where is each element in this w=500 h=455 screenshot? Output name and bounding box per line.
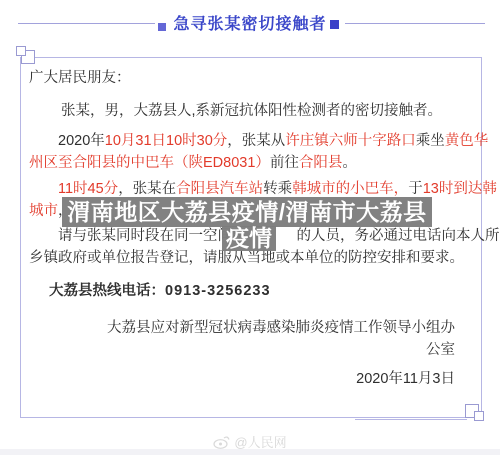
highlight-segment: 10月31日10时30分 (105, 133, 228, 149)
text-segment: 于 (408, 181, 423, 197)
highlight-segment: 韩城市的小巴车， (292, 181, 408, 197)
bottom-right-accent-line (355, 419, 467, 420)
text-segment: 请与张某同时段在同一空间出 (58, 228, 247, 244)
instruction-line-1: 请与张某同时段在同一空间出的人员，务必通过电话向本人所在地 (58, 228, 500, 244)
intro-line: 张某，男，大荔县人,系新冠抗体阳性检测者的密切接触者。 (61, 103, 442, 119)
highlight-segment: 13时到达韩 (423, 181, 497, 197)
notice-date: 2020年11月3日 (356, 367, 455, 388)
text-segment: 2020年 (58, 133, 105, 149)
watermark-title-line2: 疫情 (222, 226, 276, 251)
header-square-right (330, 20, 339, 29)
text-segment: 。 (342, 155, 357, 171)
notice-page: 急寻张某密切接触者 广大居民朋友： 张某，男，大荔县人,系新冠抗体阳性检测者的密… (0, 0, 500, 455)
hotline-label: 大荔县热线电话： (49, 283, 165, 299)
trip-line-2: 州区至合阳县的中巴车（陕ED8031）前往合阳县。 (29, 155, 357, 171)
signature: 大荔县应对新型冠状病毒感染肺炎疫情工作领导小组办公室 (103, 317, 455, 361)
watermark-title-line1: 渭南地区大荔县疫情/渭南市大荔县 (62, 197, 432, 227)
corner-ornament-top-left-small (16, 46, 26, 56)
text-segment: ，张某从 (227, 133, 285, 149)
hotline-line: 大荔县热线电话：0913-3256233 (49, 283, 271, 299)
highlight-segment: 城市 (29, 203, 58, 219)
instruction-line-2: 乡镇政府或单位报告登记，请服从当地或本单位的防控安排和要求。 (29, 250, 464, 266)
highlight-segment: 11时45分 (58, 181, 118, 197)
text-segment: 转乘 (263, 181, 292, 197)
text-segment: 前往 (270, 155, 299, 171)
highlight-segment: 合阳县 (299, 155, 343, 171)
hotline-number: 0913-3256233 (165, 283, 271, 299)
trip-line-3: 11时45分，张某在合阳县汽车站转乘韩城市的小巴车，于13时到达韩 (58, 181, 497, 197)
text-segment: 的人员，务必通过电话向本人所在地 (297, 228, 500, 244)
text-segment: 乘坐 (416, 133, 445, 149)
highlight-segment: 州区至合阳县的中巴车（陕ED8031） (29, 155, 270, 171)
corner-ornament-bottom-right-small (474, 411, 484, 421)
salutation: 广大居民朋友： (29, 70, 131, 86)
text-segment: ，张某在 (118, 181, 176, 197)
highlight-segment: 合阳县汽车站 (176, 181, 263, 197)
trip-line-1: 2020年10月31日10时30分，张某从许庄镇六师十字路口乘坐黄色华 (58, 133, 488, 149)
bottom-edge-strip (0, 449, 500, 455)
header-divider-right (345, 23, 485, 24)
highlight-segment: 黄色华 (445, 133, 489, 149)
highlight-segment: 许庄镇六师十字路口 (285, 133, 416, 149)
weibo-icon (213, 435, 230, 449)
